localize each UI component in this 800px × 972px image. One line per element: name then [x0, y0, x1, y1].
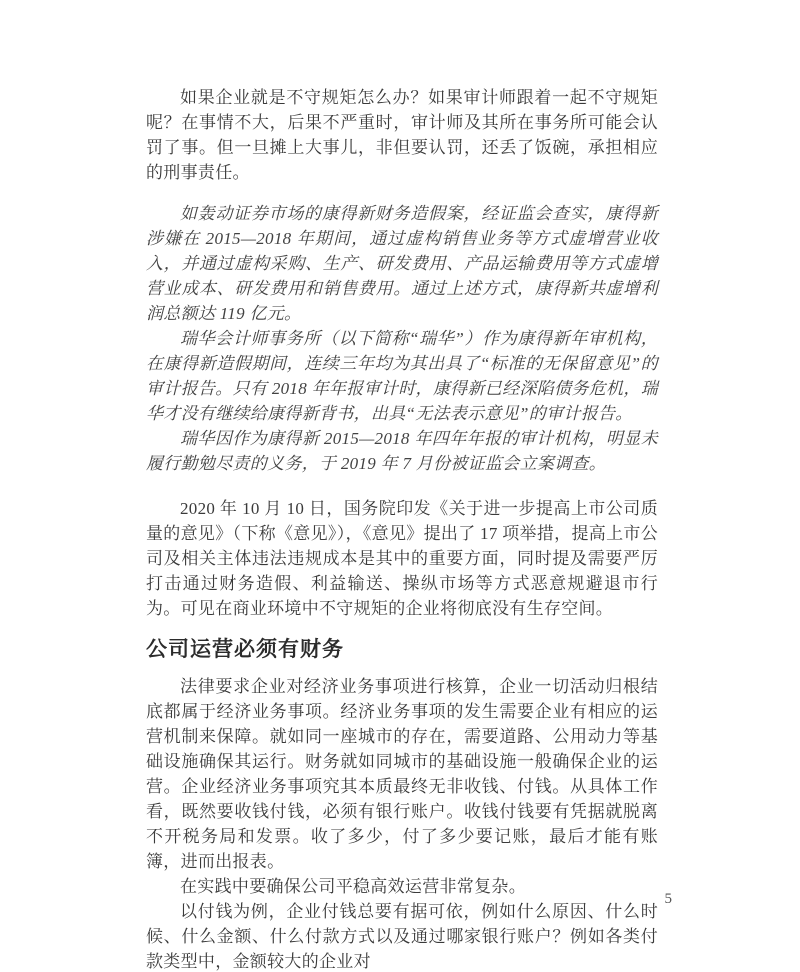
- case-paragraph-2: 瑞华会计师事务所（以下简称“瑞华”）作为康得新年审机构，在康得新造假期间，连续三…: [146, 326, 658, 426]
- page-content: 如果企业就是不守规矩怎么办？如果审计师跟着一起不守规矩呢？在事情不大，后果不严重…: [146, 85, 658, 972]
- intro-paragraph: 如果企业就是不守规矩怎么办？如果审计师跟着一起不守规矩呢？在事情不大，后果不严重…: [146, 85, 658, 185]
- case-study-block: 如轰动证券市场的康得新财务造假案，经证监会查实，康得新涉嫌在 2015—2018…: [146, 201, 658, 476]
- case-paragraph-1: 如轰动证券市场的康得新财务造假案，经证监会查实，康得新涉嫌在 2015—2018…: [146, 201, 658, 326]
- section-heading: 公司运营必须有财务: [146, 637, 658, 662]
- practice-paragraph: 在实践中要确保公司平稳高效运营非常复杂。: [146, 874, 658, 899]
- finance-paragraph: 法律要求企业对经济业务事项进行核算，企业一切活动归根结底都属于经济业务事项。经济…: [146, 674, 658, 874]
- case-paragraph-3: 瑞华因作为康得新 2015—2018 年四年年报的审计机构，明显未履行勤勉尽责的…: [146, 426, 658, 476]
- page-number: 5: [665, 891, 673, 908]
- policy-paragraph: 2020 年 10 月 10 日，国务院印发《关于进一步提高上市公司质量的意见》…: [146, 496, 658, 621]
- payment-paragraph: 以付钱为例，企业付钱总要有据可依，例如什么原因、什么时候、什么金额、什么付款方式…: [146, 899, 658, 972]
- book-page: 如果企业就是不守规矩怎么办？如果审计师跟着一起不守规矩呢？在事情不大，后果不严重…: [0, 0, 800, 972]
